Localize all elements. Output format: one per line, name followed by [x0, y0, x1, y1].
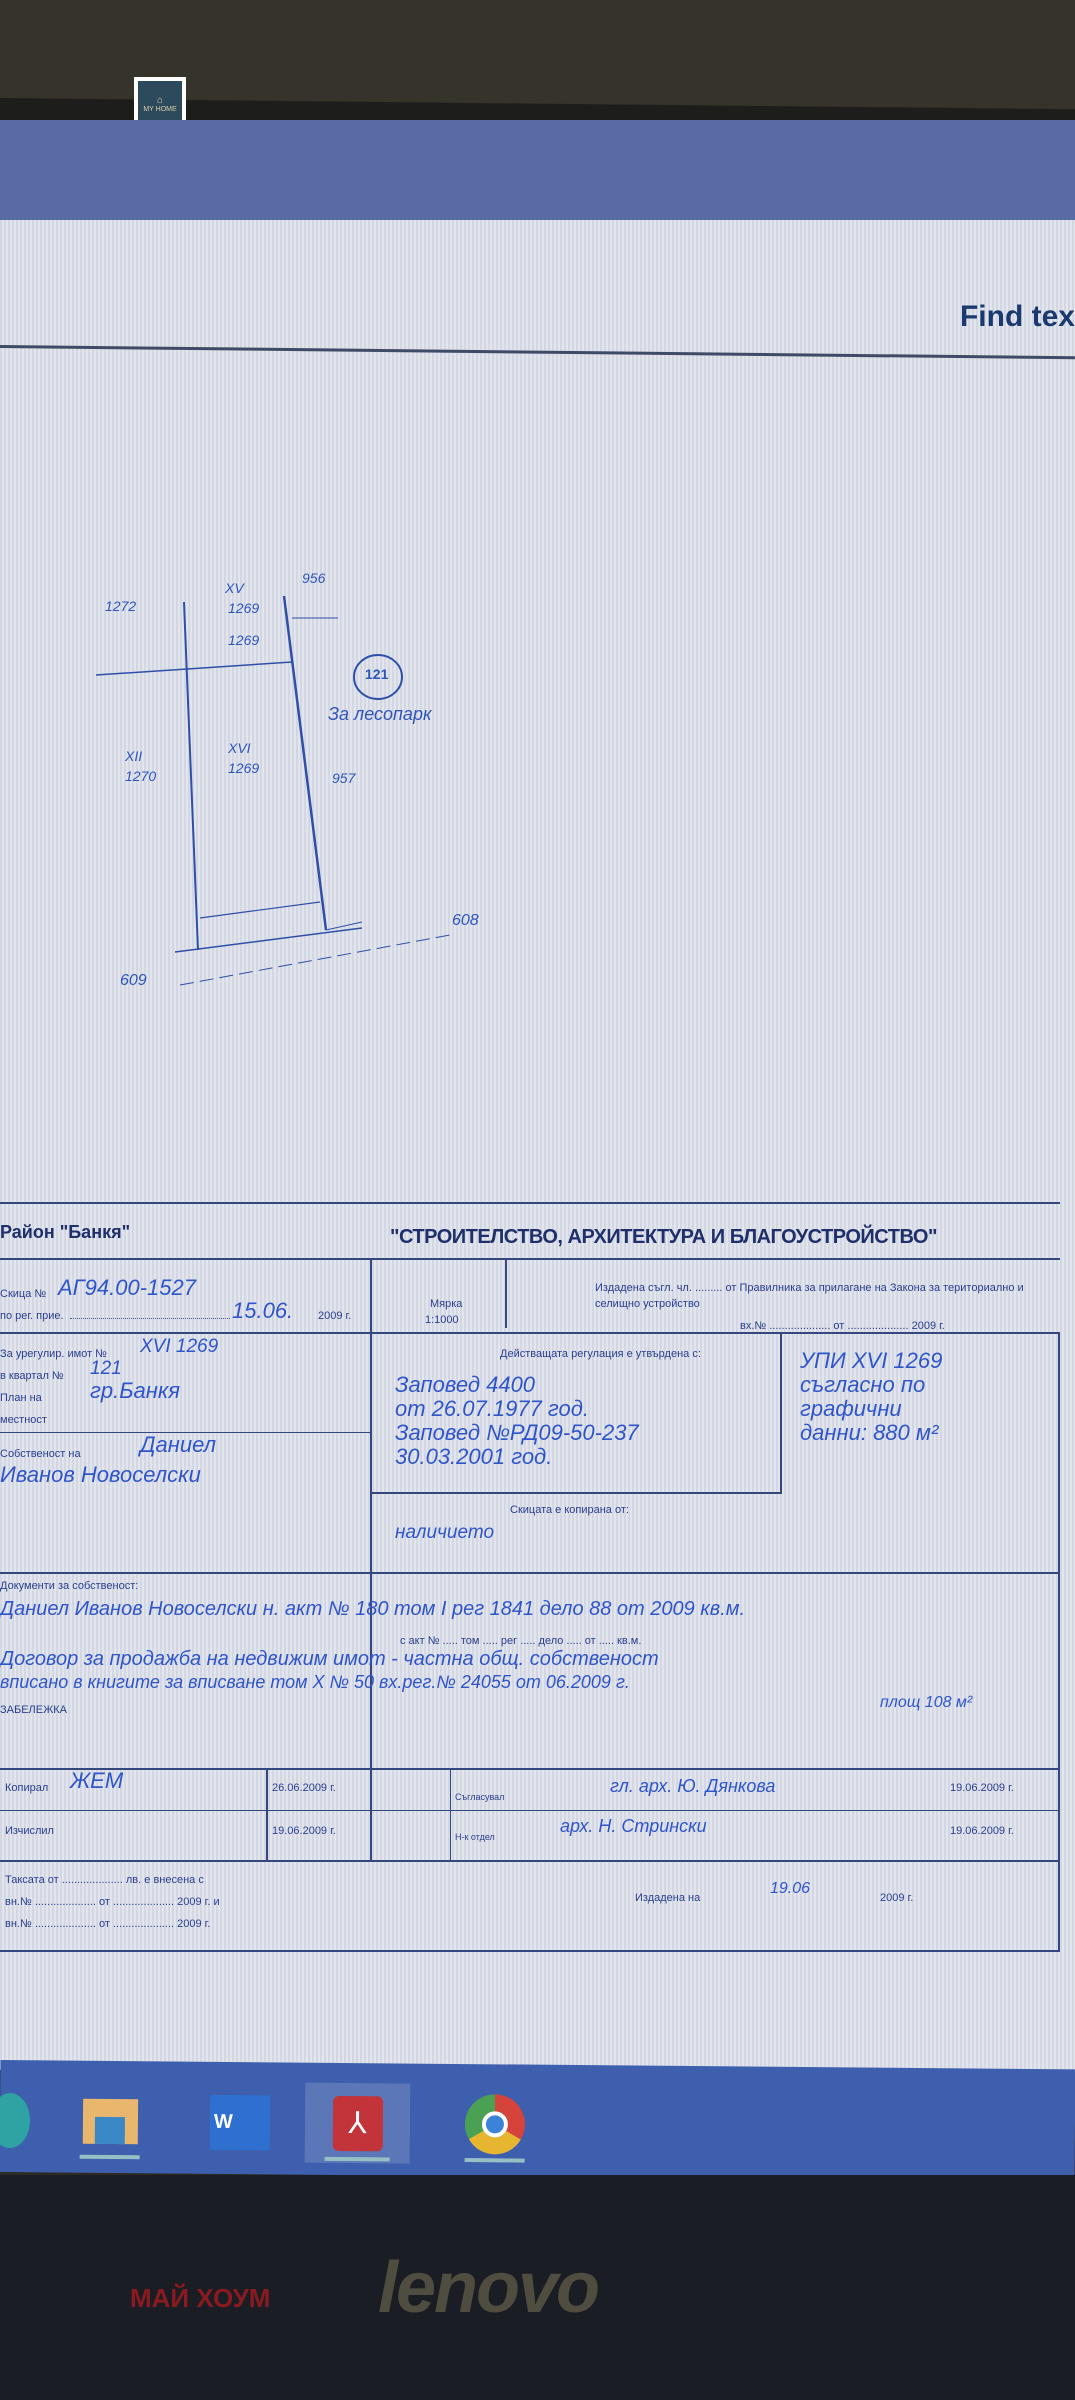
ownership-docs-label: Документи за собственост: — [0, 1580, 138, 1592]
locality-label: местност — [0, 1414, 47, 1426]
plan-value: гр.Банкя — [90, 1378, 180, 1404]
upi-line2: съгласно по — [800, 1372, 925, 1398]
chief-label: Н-к отдел — [455, 1832, 495, 1842]
department-title: "СТРОИТЕЛСТВО, АРХИТЕКТУРА И БЛАГОУСТРОЙ… — [390, 1226, 937, 1249]
cadastral-sketch-form: Район "Банкя" "СТРОИТЕЛСТВО, АРХИТЕКТУРА… — [0, 1180, 1060, 1980]
ownership-line3: Договор за продажба на недвижим имот - ч… — [0, 1648, 659, 1671]
folder-icon — [82, 2098, 137, 2143]
label-1270: 1270 — [125, 768, 156, 784]
label-xvi-1269: 1269 — [228, 760, 259, 776]
label-xv: XV — [225, 580, 244, 596]
sketch-no-value: АГ94.00-1527 — [58, 1275, 196, 1301]
sketch-no-label: Скица № — [0, 1288, 46, 1300]
acrobat-icon: ⅄ — [332, 2095, 382, 2150]
note-label: ЗАБЕЛЕЖКА — [0, 1704, 67, 1716]
copied-date: 26.06.2009 г. — [272, 1782, 336, 1794]
app-titlebar — [0, 120, 1075, 220]
issued-ref: вх.№ .................... от ...........… — [740, 1320, 945, 1332]
copied-from-label: Скицата е копирана от: — [510, 1504, 629, 1516]
chief-date: 19.06.2009 г. — [950, 1825, 1014, 1837]
drawn-date: 19.06.2009 г. — [272, 1825, 336, 1837]
taskbar-chrome[interactable] — [445, 2084, 546, 2165]
scale-value: 1:1000 — [425, 1314, 459, 1326]
reg-year: 2009 г. — [318, 1310, 351, 1322]
upi-line1: УПИ XVI 1269 — [800, 1348, 942, 1374]
fee-row2: вн.№ .................... от ...........… — [5, 1918, 210, 1930]
label-956: 956 — [302, 570, 325, 586]
regulation-line3: Заповед №РД09-50-237 — [395, 1420, 639, 1446]
agreed-date: 19.06.2009 г. — [950, 1782, 1014, 1794]
copier-signature: ЖЕМ — [70, 1768, 123, 1794]
fee-label: Таксата от .................... лв. е вн… — [5, 1874, 204, 1886]
parcel-value: XVI 1269 — [140, 1336, 218, 1358]
taskbar-acrobat[interactable]: ⅄ — [305, 2083, 411, 2164]
regulation-line1: Заповед 4400 — [395, 1372, 535, 1398]
lenovo-logo: lenovo — [378, 2247, 598, 2329]
district-title: Район "Банкя" — [0, 1222, 130, 1243]
scale-label: Мярка — [430, 1298, 462, 1310]
taskbar-edge[interactable] — [0, 2080, 60, 2161]
owner-line2: Иванов Новоселски — [0, 1462, 201, 1488]
label-xv-1269: 1269 — [228, 600, 259, 616]
regulation-label: Действащата регулация е утвърдена с: — [500, 1348, 701, 1360]
taskbar-file-explorer[interactable] — [60, 2081, 161, 2162]
label-xii: XII — [125, 748, 142, 764]
reg-date-label: по рег. прие. — [0, 1310, 64, 1322]
watermark-logo-text: MY HOME — [143, 106, 176, 113]
regulation-line2: от 26.07.1977 год. — [395, 1396, 589, 1422]
fee-row1: вн.№ .................... от ...........… — [5, 1896, 220, 1908]
watermark-brand: МАЙ ХОУМ — [130, 2283, 270, 2314]
issued-on-year: 2009 г. — [880, 1892, 913, 1904]
find-text-button[interactable]: Find tex — [960, 300, 1075, 334]
label-xvi: XVI — [228, 740, 251, 756]
taskbar-word[interactable]: W — [190, 2082, 291, 2163]
agreed-label: Съгласувал — [455, 1792, 504, 1802]
copied-from-value: наличието — [395, 1522, 494, 1544]
issued-on-label: Издадена на — [635, 1892, 700, 1904]
regulation-line4: 30.03.2001 год. — [395, 1444, 552, 1470]
chief-value: арх. Н. Стрински — [560, 1816, 707, 1837]
chrome-icon — [465, 2094, 526, 2155]
owner-label: Собственост на — [0, 1448, 81, 1460]
purpose-label: За лесопарк — [328, 704, 431, 725]
label-957: 957 — [332, 770, 355, 786]
block-value: 121 — [90, 1358, 122, 1380]
copied-label: Копирал — [5, 1782, 48, 1794]
ownership-line4: вписано в книгите за вписване том X № 50… — [0, 1672, 630, 1693]
house-icon: ⌂ — [157, 96, 163, 106]
edge-icon — [0, 2092, 30, 2147]
label-1272: 1272 — [105, 598, 136, 614]
parcel-sketch: 1272 XV 1269 1269 956 121 За лесопарк XI… — [80, 540, 530, 1000]
label-1269b: 1269 — [228, 632, 259, 648]
ownership-line1: Даниел Иванов Новоселски н. акт № 180 то… — [0, 1598, 745, 1621]
ownership-area: площ 108 м² — [880, 1694, 972, 1712]
ownership-line2: с акт № ..... том ..... рег ..... дело .… — [400, 1635, 641, 1647]
issued-text: Издадена съгл. чл. ......... от Правилни… — [595, 1280, 1055, 1312]
agreed-value: гл. арх. Ю. Дянкова — [610, 1776, 775, 1797]
block-number: 121 — [365, 666, 388, 682]
owner-line1: Даниел — [140, 1432, 216, 1458]
block-label: в квартал № — [0, 1370, 64, 1382]
issued-on-value: 19.06 — [770, 1880, 810, 1898]
upi-line4: данни: 880 м² — [800, 1420, 938, 1446]
drawn-label: Изчислил — [5, 1825, 54, 1837]
reg-date-value: 15.06. — [232, 1298, 293, 1324]
upi-line3: графични — [800, 1396, 902, 1422]
taskbar: W ⅄ — [0, 2060, 1075, 2181]
plan-label: План на — [0, 1392, 42, 1404]
label-608: 608 — [452, 912, 479, 930]
label-609: 609 — [120, 972, 147, 990]
word-icon: W — [210, 2094, 270, 2150]
